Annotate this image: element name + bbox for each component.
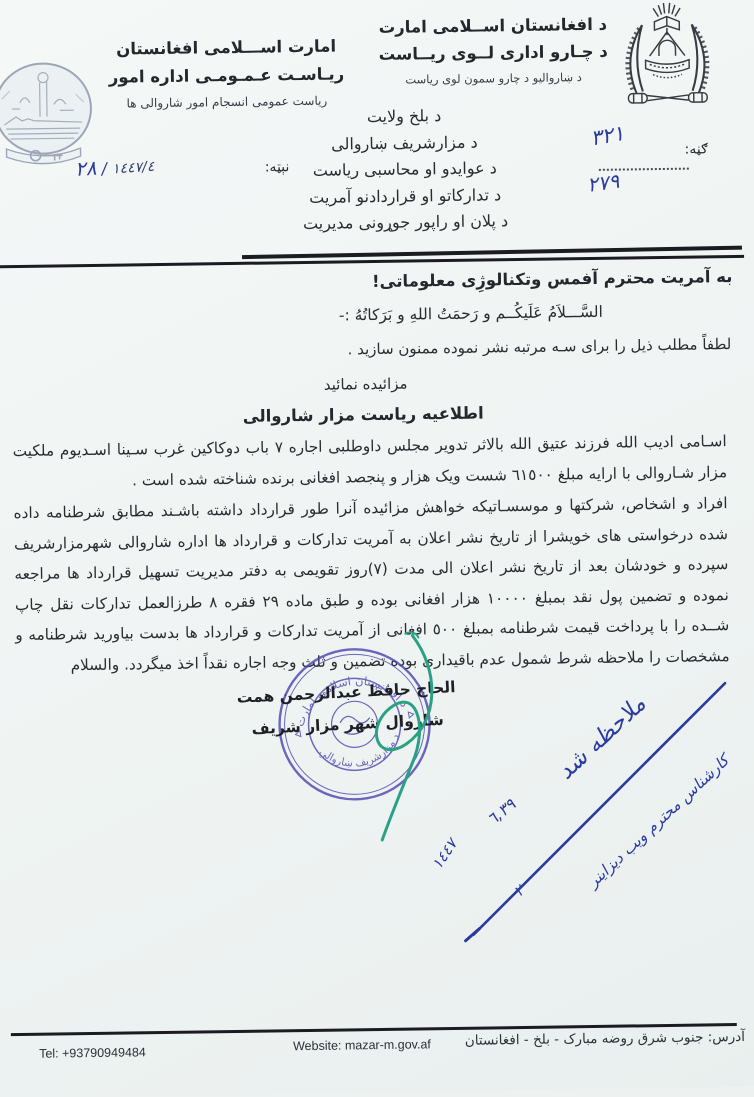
date-value: ١٤٤٧/٤ / ٢٨ — [74, 145, 260, 181]
header-left-line1: امارت اســـلامی افغانستان — [97, 32, 355, 64]
number-dotted-line — [599, 152, 689, 171]
afghanistan-national-emblem-icon — [614, 0, 720, 115]
header-left-line2: ریـاسـت عـمـومـی اداره امور — [97, 60, 355, 92]
footer-tel: Tel: +93790949484 — [39, 1045, 146, 1060]
footer-website: Website: mazar-m.gov.af — [293, 1037, 431, 1053]
number-value-bottom: ٢٧٩ — [586, 169, 621, 197]
footer-address: آدرس: جنوب شرق روضه مبارک - بلخ - افغانس… — [465, 1029, 745, 1049]
salutation-line: السَّـــلاَمُ عَلَيكُــم و رَحمَتُ اللهِ… — [339, 303, 603, 325]
header-right-line2: د چـارو اداری لــوی ریــاست — [369, 38, 617, 68]
addressee-item: د بلخ ولایت — [254, 101, 554, 132]
date-separator: / — [101, 159, 108, 178]
number-value-top: ٣٢١ — [589, 121, 626, 150]
separator-line — [0, 255, 744, 268]
scanned-letter-sheet: د افغانستان اســلامی امارت د چـارو اداری… — [0, 0, 754, 1080]
date-year-month: ١٤٤٧/٤ — [112, 159, 155, 178]
date-day: ٢٨ — [74, 156, 97, 181]
notice-title: اطلاعیه ریاست مزار شاروالی — [0, 400, 730, 429]
notice-paragraph-1: اسـامی ادیب الله فرزند عتیق الله بالاثر … — [13, 426, 728, 497]
addressee-item: د عوایدو او محاسبی ریاست — [255, 154, 555, 185]
addressee-item: د تدارکاتو او قراردادنو آمریت — [255, 181, 555, 212]
addressee-item: د مزارشریف ښاروالی — [254, 128, 554, 159]
header-right-line1: د افغانستان اســلامی امارت — [369, 11, 617, 41]
date-label: نېټه: — [265, 159, 290, 175]
recipient-line: به آمریت محترم آفمس وتکنالوژِی معلوماتی! — [372, 267, 733, 291]
header-right-block: د افغانستان اســلامی امارت د چـارو اداری… — [369, 11, 618, 92]
addressee-list: د بلخ ولایت د مزارشریف ښاروالی د عوایدو … — [254, 101, 556, 238]
header-right-line3: د ښاروالیو د چارو سمون لوی ریاست — [369, 65, 617, 92]
addressee-item: د پلان او راپور جوړونی مدیریت — [255, 207, 555, 238]
request-line: لطفاً مطلب ذیل را برای سـه مرتبه نشر نمو… — [347, 335, 731, 358]
bid-note-line: مزائیده نمائید — [324, 375, 408, 394]
